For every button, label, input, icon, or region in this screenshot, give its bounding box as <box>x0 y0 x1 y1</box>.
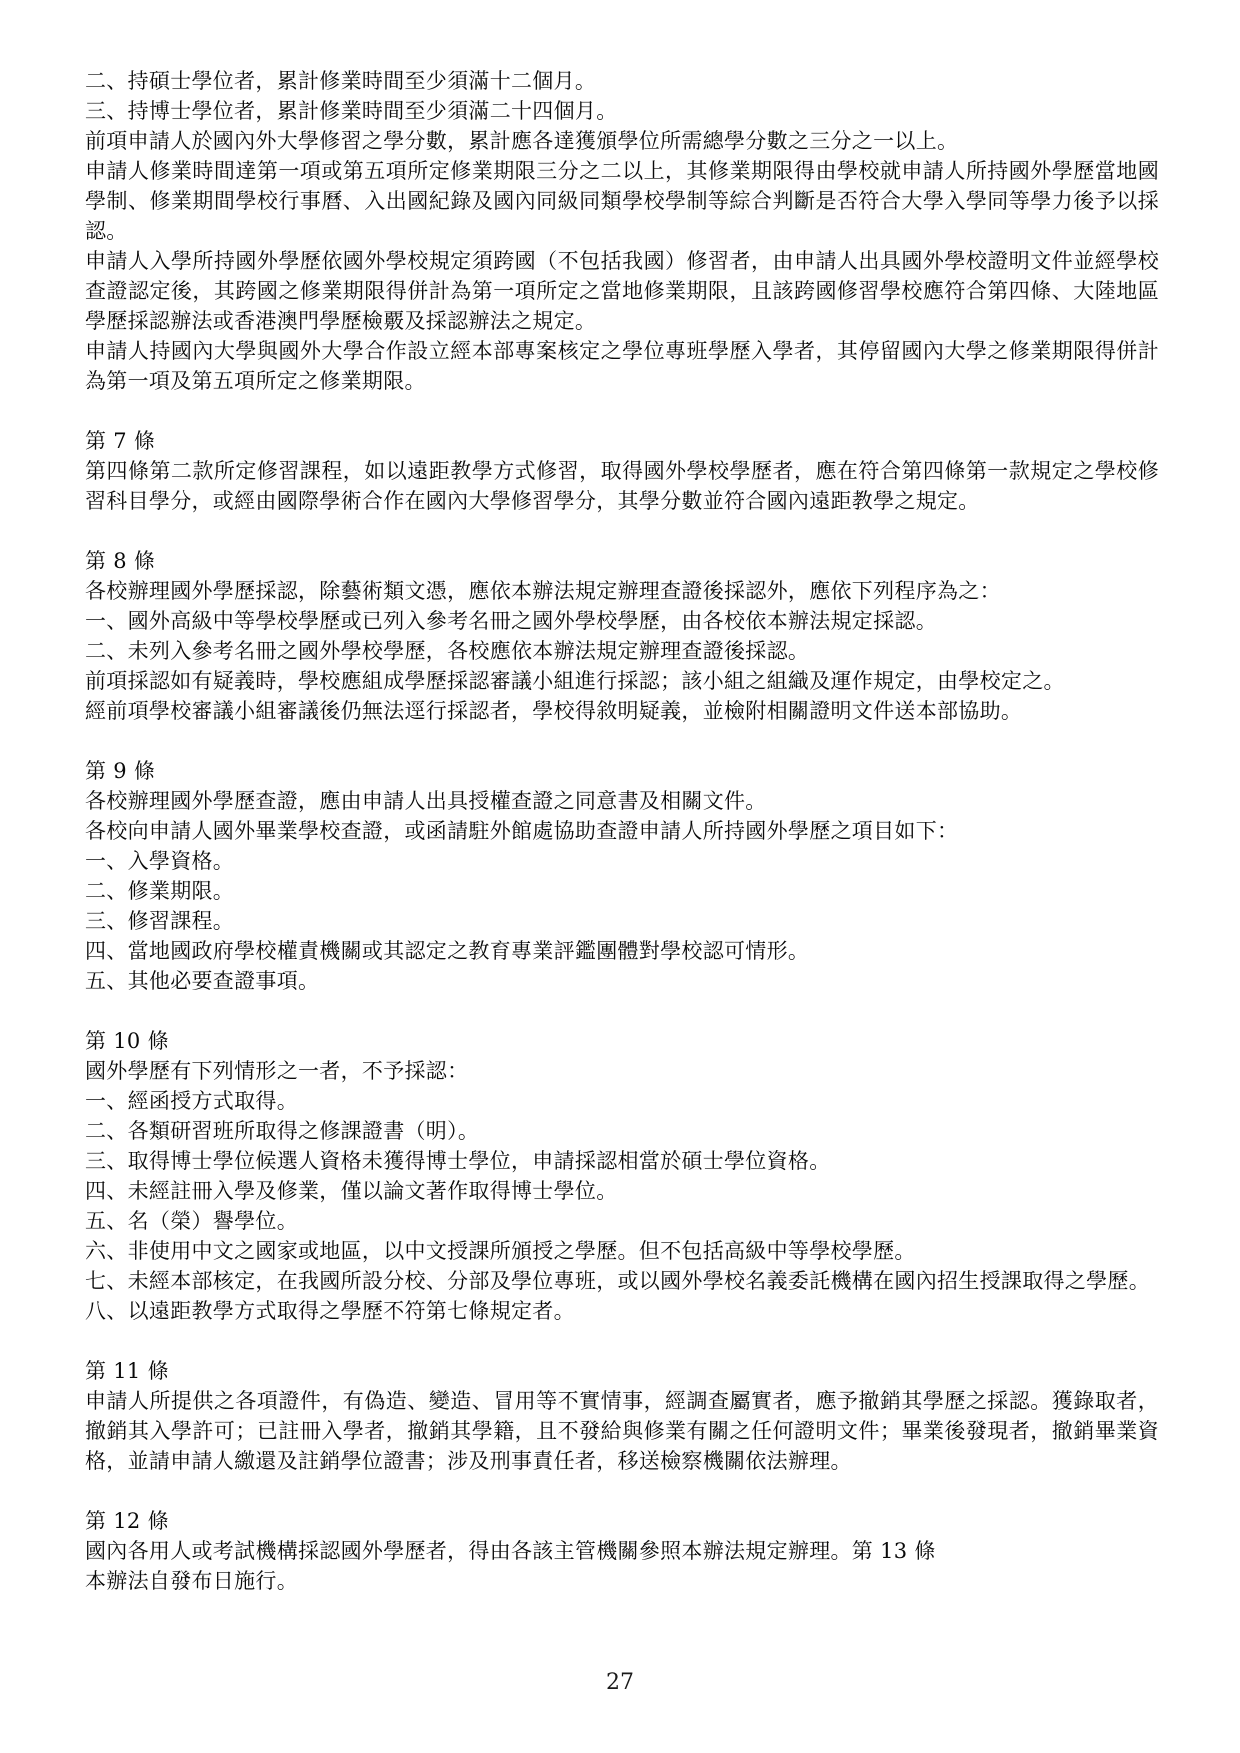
body-paragraph: 經前項學校審議小組審議後仍無法逕行採認者，學校得敘明疑義，並檢附相關證明文件送本… <box>85 696 1159 726</box>
body-paragraph: 二、修業期限。 <box>85 876 1159 906</box>
page-number: 27 <box>0 1668 1240 1698</box>
body-paragraph: 申請人持國內大學與國外大學合作設立經本部專案核定之學位專班學歷入學者，其停留國內… <box>85 336 1159 396</box>
document-page: 二、持碩士學位者，累計修業時間至少須滿十二個月。三、持博士學位者，累計修業時間至… <box>0 0 1240 1753</box>
article-heading: 第 10 條 <box>85 1026 1159 1056</box>
body-paragraph: 四、未經註冊入學及修業，僅以論文著作取得博士學位。 <box>85 1176 1159 1206</box>
body-paragraph: 三、持博士學位者，累計修業時間至少須滿二十四個月。 <box>85 96 1159 126</box>
body-paragraph: 第四條第二款所定修習課程，如以遠距教學方式修習，取得國外學校學歷者，應在符合第四… <box>85 456 1159 516</box>
article-heading: 第 7 條 <box>85 426 1159 456</box>
body-paragraph: 各校辦理國外學歷採認，除藝術類文憑，應依本辦法規定辦理查證後採認外，應依下列程序… <box>85 576 1159 606</box>
article-heading: 第 12 條 <box>85 1506 1159 1536</box>
body-paragraph: 申請人修業時間達第一項或第五項所定修業期限三分之二以上，其修業期限得由學校就申請… <box>85 156 1159 246</box>
body-paragraph: 國外學歷有下列情形之一者，不予採認： <box>85 1056 1159 1086</box>
body-paragraph: 八、以遠距教學方式取得之學歷不符第七條規定者。 <box>85 1296 1159 1326</box>
body-paragraph: 七、未經本部核定，在我國所設分校、分部及學位專班，或以國外學校名義委託機構在國內… <box>85 1266 1159 1296</box>
body-paragraph: 本辦法自發布日施行。 <box>85 1566 1159 1596</box>
article-heading: 第 8 條 <box>85 546 1159 576</box>
article-heading: 第 11 條 <box>85 1356 1159 1386</box>
body-paragraph: 二、各類研習班所取得之修課證書（明）。 <box>85 1116 1159 1146</box>
body-paragraph: 各校辦理國外學歷查證，應由申請人出具授權查證之同意書及相關文件。 <box>85 786 1159 816</box>
body-paragraph: 一、經函授方式取得。 <box>85 1086 1159 1116</box>
body-paragraph: 三、修習課程。 <box>85 906 1159 936</box>
body-paragraph: 前項申請人於國內外大學修習之學分數，累計應各達獲頒學位所需總學分數之三分之一以上… <box>85 126 1159 156</box>
body-paragraph: 二、持碩士學位者，累計修業時間至少須滿十二個月。 <box>85 66 1159 96</box>
body-paragraph: 國內各用人或考試機構採認國外學歷者，得由各該主管機關參照本辦法規定辦理。第 13… <box>85 1536 1159 1566</box>
body-paragraph: 申請人入學所持國外學歷依國外學校規定須跨國（不包括我國）修習者，由申請人出具國外… <box>85 246 1159 336</box>
body-paragraph: 一、入學資格。 <box>85 846 1159 876</box>
body-paragraph: 三、取得博士學位候選人資格未獲得博士學位，申請採認相當於碩士學位資格。 <box>85 1146 1159 1176</box>
body-paragraph: 五、其他必要查證事項。 <box>85 966 1159 996</box>
body-paragraph: 各校向申請人國外畢業學校查證，或函請駐外館處協助查證申請人所持國外學歷之項目如下… <box>85 816 1159 846</box>
body-paragraph: 申請人所提供之各項證件，有偽造、變造、冒用等不實情事，經調查屬實者，應予撤銷其學… <box>85 1386 1159 1476</box>
document-body: 二、持碩士學位者，累計修業時間至少須滿十二個月。三、持博士學位者，累計修業時間至… <box>85 66 1159 1596</box>
body-paragraph: 五、名（榮）譽學位。 <box>85 1206 1159 1236</box>
article-heading: 第 9 條 <box>85 756 1159 786</box>
body-paragraph: 六、非使用中文之國家或地區，以中文授課所頒授之學歷。但不包括高級中等學校學歷。 <box>85 1236 1159 1266</box>
body-paragraph: 二、未列入參考名冊之國外學校學歷，各校應依本辦法規定辦理查證後採認。 <box>85 636 1159 666</box>
body-paragraph: 前項採認如有疑義時，學校應組成學歷採認審議小組進行採認；該小組之組織及運作規定，… <box>85 666 1159 696</box>
body-paragraph: 一、國外高級中等學校學歷或已列入參考名冊之國外學校學歷，由各校依本辦法規定採認。 <box>85 606 1159 636</box>
body-paragraph: 四、當地國政府學校權責機關或其認定之教育專業評鑑團體對學校認可情形。 <box>85 936 1159 966</box>
